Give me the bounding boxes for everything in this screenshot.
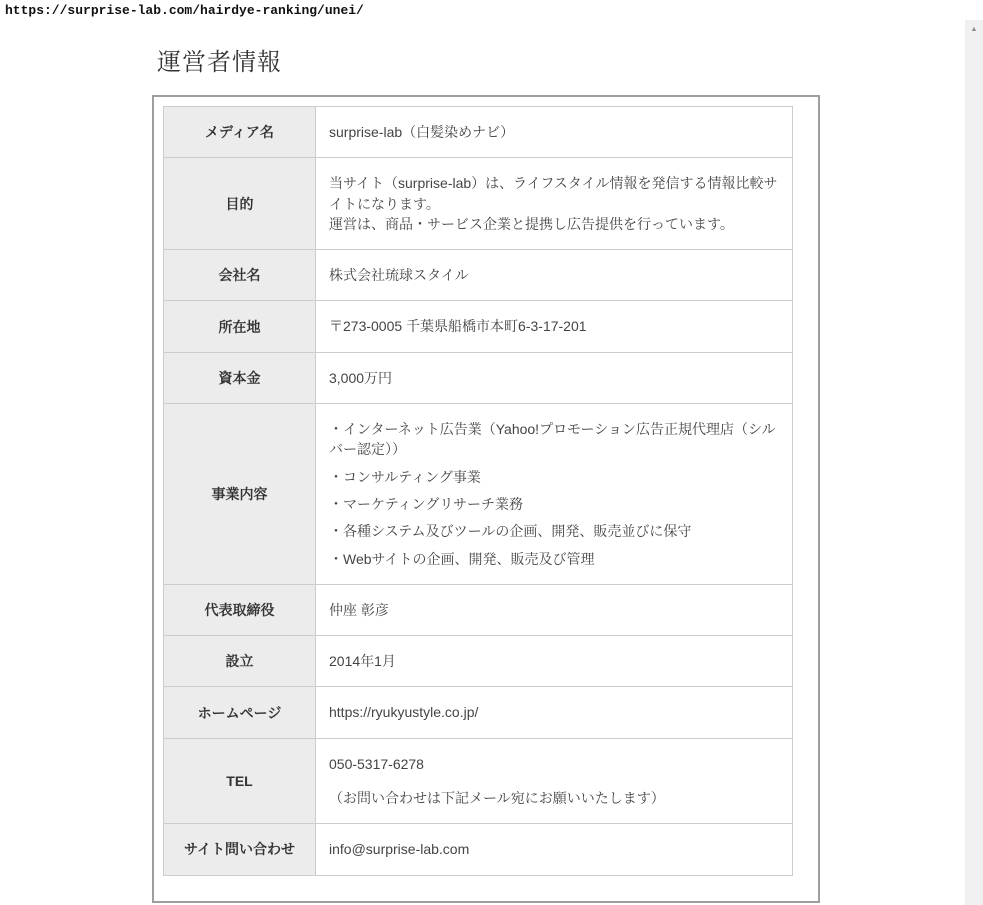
row-label: 設立	[164, 636, 316, 687]
table-row: 会社名株式会社琉球スタイル	[164, 250, 793, 301]
page-title: 運営者情報	[157, 42, 282, 77]
table-row: TEL050-5317-6278（お問い合わせは下記メール宛にお願いいたします）	[164, 738, 793, 824]
value-paragraph: ・コンサルティング事業	[329, 467, 779, 487]
vertical-scrollbar[interactable]: ▲	[965, 20, 983, 905]
page-url: https://surprise-lab.com/hairdye-ranking…	[5, 3, 364, 18]
operator-info-table-body: メディア名surprise-lab（白髪染めナビ）目的当サイト（surprise…	[164, 107, 793, 876]
row-value: ・インターネット広告業（Yahoo!プロモーション広告正規代理店（シルバー認定）…	[316, 404, 793, 585]
browser-viewport: https://surprise-lab.com/hairdye-ranking…	[0, 0, 983, 905]
value-paragraph: 仲座 彰彦	[329, 600, 779, 620]
operator-info-box: メディア名surprise-lab（白髪染めナビ）目的当サイト（surprise…	[152, 95, 820, 903]
value-paragraph: https://ryukyustyle.co.jp/	[329, 702, 779, 722]
row-label: 所在地	[164, 301, 316, 352]
row-value: https://ryukyustyle.co.jp/	[316, 687, 793, 738]
row-value: 仲座 彰彦	[316, 584, 793, 635]
table-row: メディア名surprise-lab（白髪染めナビ）	[164, 107, 793, 158]
table-row: 所在地〒273-0005 千葉県船橋市本町6-3-17-201	[164, 301, 793, 352]
table-row: ホームページhttps://ryukyustyle.co.jp/	[164, 687, 793, 738]
row-value: 〒273-0005 千葉県船橋市本町6-3-17-201	[316, 301, 793, 352]
operator-info-table: メディア名surprise-lab（白髪染めナビ）目的当サイト（surprise…	[163, 106, 793, 876]
row-label: 会社名	[164, 250, 316, 301]
row-value: 株式会社琉球スタイル	[316, 250, 793, 301]
table-row: 事業内容・インターネット広告業（Yahoo!プロモーション広告正規代理店（シルバ…	[164, 404, 793, 585]
value-paragraph: surprise-lab（白髪染めナビ）	[329, 122, 779, 142]
value-paragraph: ・各種システム及びツールの企画、開発、販売並びに保守	[329, 521, 779, 541]
table-row: 設立2014年1月	[164, 636, 793, 687]
row-label: 事業内容	[164, 404, 316, 585]
row-label: 資本金	[164, 352, 316, 403]
row-value: surprise-lab（白髪染めナビ）	[316, 107, 793, 158]
row-label: ホームページ	[164, 687, 316, 738]
value-paragraph: 〒273-0005 千葉県船橋市本町6-3-17-201	[329, 316, 779, 336]
value-paragraph: 2014年1月	[329, 651, 779, 671]
row-value: info@surprise-lab.com	[316, 824, 793, 875]
row-value: 当サイト（surprise-lab）は、ライフスタイル情報を発信する情報比較サイ…	[316, 158, 793, 250]
value-paragraph: ・Webサイトの企画、開発、販売及び管理	[329, 549, 779, 569]
value-paragraph: 当サイト（surprise-lab）は、ライフスタイル情報を発信する情報比較サイ…	[329, 173, 779, 234]
table-row: 代表取締役仲座 彰彦	[164, 584, 793, 635]
row-label: 代表取締役	[164, 584, 316, 635]
row-value: 2014年1月	[316, 636, 793, 687]
value-paragraph: 050-5317-6278	[329, 754, 779, 774]
value-paragraph: （お問い合わせは下記メール宛にお願いいたします）	[329, 788, 779, 808]
value-paragraph: 株式会社琉球スタイル	[329, 265, 779, 285]
row-label: メディア名	[164, 107, 316, 158]
table-row: 目的当サイト（surprise-lab）は、ライフスタイル情報を発信する情報比較…	[164, 158, 793, 250]
row-label: TEL	[164, 738, 316, 824]
value-paragraph: ・インターネット広告業（Yahoo!プロモーション広告正規代理店（シルバー認定）…	[329, 419, 779, 460]
value-paragraph: info@surprise-lab.com	[329, 839, 779, 859]
row-value: 050-5317-6278（お問い合わせは下記メール宛にお願いいたします）	[316, 738, 793, 824]
scroll-up-arrow-icon[interactable]: ▲	[965, 25, 983, 35]
row-label: 目的	[164, 158, 316, 250]
value-paragraph: 3,000万円	[329, 368, 779, 388]
table-row: サイト問い合わせinfo@surprise-lab.com	[164, 824, 793, 875]
row-label: サイト問い合わせ	[164, 824, 316, 875]
table-row: 資本金3,000万円	[164, 352, 793, 403]
value-paragraph: ・マーケティングリサーチ業務	[329, 494, 779, 514]
row-value: 3,000万円	[316, 352, 793, 403]
